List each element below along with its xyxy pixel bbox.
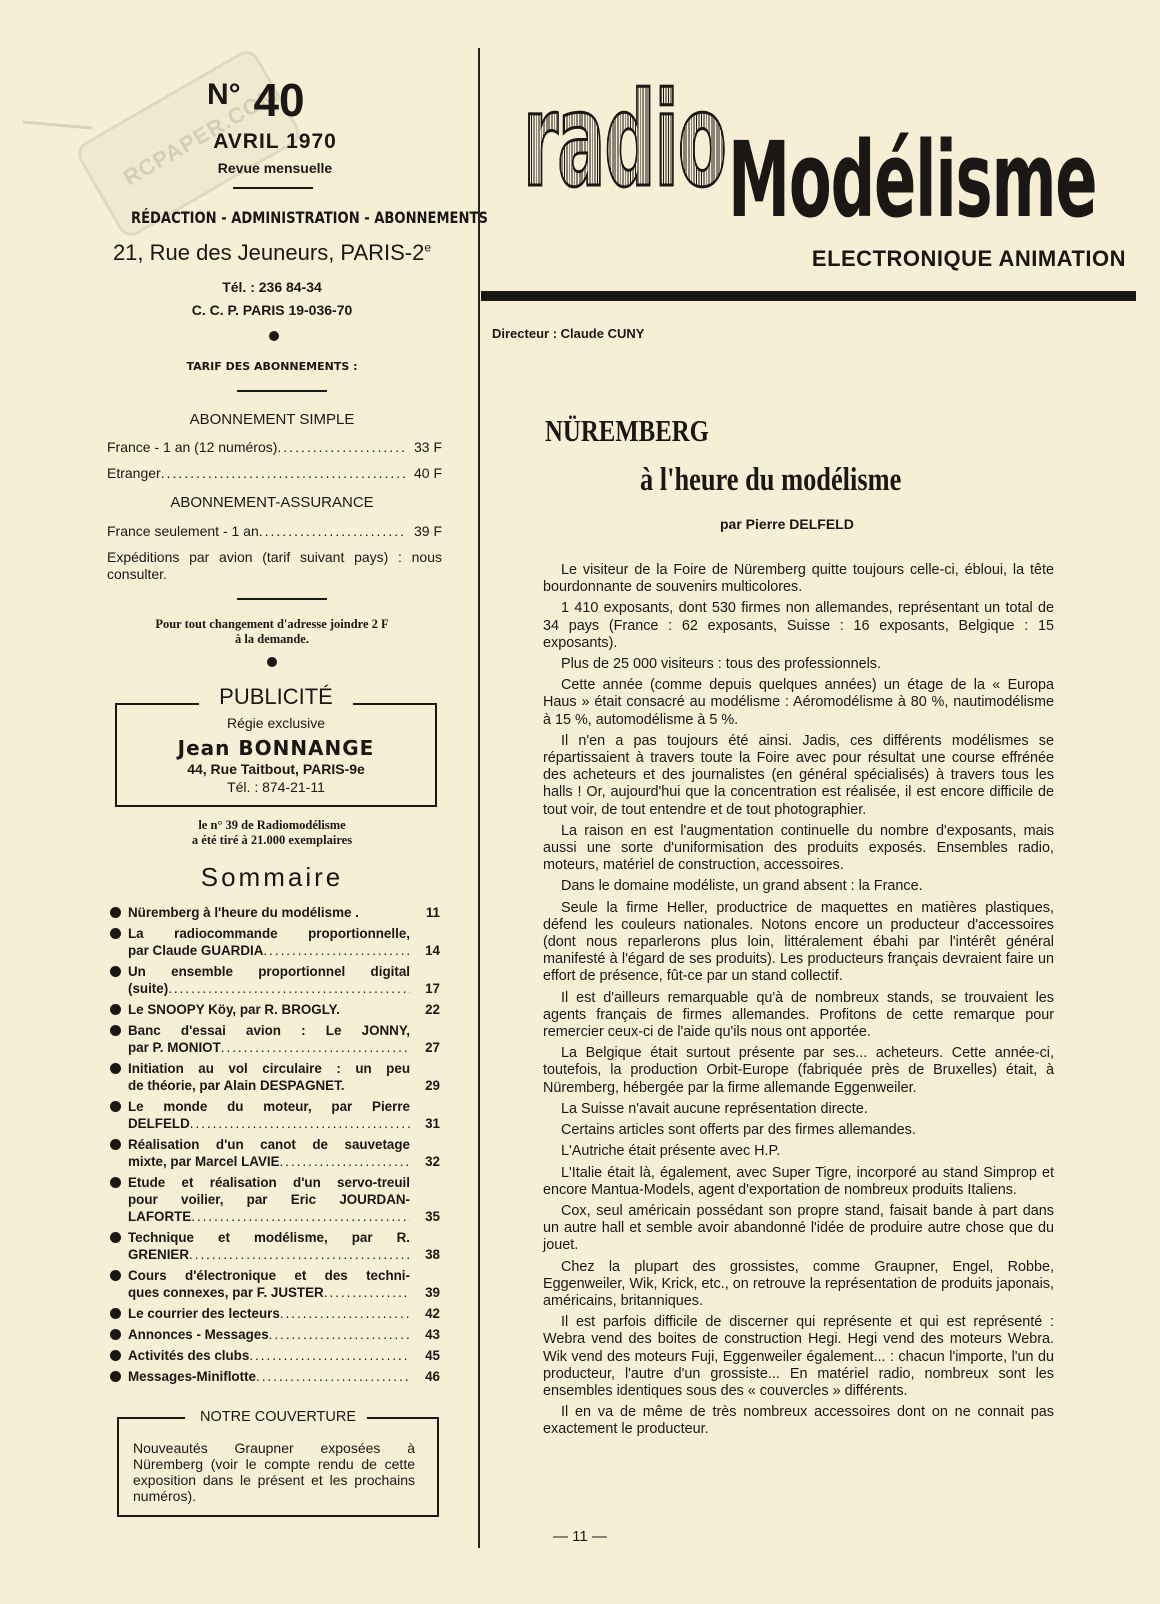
contents-item: Réalisation d'un canot de sauvetagemixte… — [108, 1136, 440, 1170]
antenna-icon — [23, 121, 93, 130]
airmail-note: Expéditions par avion (tarif suivant pay… — [107, 549, 442, 583]
contents-item-page: 46 — [410, 1368, 440, 1385]
contents-item-title: Technique et modélisme, par R. — [128, 1229, 440, 1246]
contents-item-page: 31 — [410, 1115, 440, 1132]
contents-item: Un ensemble proportionnel digital(suite)… — [108, 963, 440, 997]
contents-item-title: La radiocommande proportionnelle, — [128, 925, 440, 942]
contents-item: La radiocommande proportionnelle,par Cla… — [108, 925, 440, 959]
masthead-modelisme: Modélisme — [728, 120, 1160, 240]
page-number: — 11 — — [553, 1528, 607, 1545]
article-paragraph: Dans le domaine modéliste, un grand abse… — [543, 878, 1054, 895]
article-paragraph: Seule la firme Heller, productrice de ma… — [543, 900, 1054, 986]
admin-ccp: C. C. P. PARIS 19-036-70 — [100, 302, 444, 318]
price-row: France - 1 an (12 numéros) 33 F — [107, 439, 442, 455]
contents-item-title: Messages-Miniflotte — [128, 1368, 256, 1385]
divider — [233, 187, 313, 189]
article-paragraph: Il est d'ailleurs remarquable qu'à de no… — [543, 990, 1054, 1042]
address-sup: e — [424, 241, 431, 255]
article-subtitle: à l'heure du modélisme — [640, 462, 901, 499]
issue-frequency: Revue mensuelle — [200, 160, 350, 176]
contents-item-title: de théorie, par Alain DESPAGNET. — [128, 1077, 345, 1094]
contents-item-title: Initiation au vol circulaire : un peu — [128, 1060, 440, 1077]
cover-title: NOTRE COUVERTURE — [117, 1409, 439, 1425]
advertising-name: Jean BONNANGE — [115, 736, 437, 760]
issue-prefix: N° — [207, 78, 241, 111]
article-paragraph: La Belgique était surtout présente par s… — [543, 1045, 1054, 1097]
price-value: 40 F — [406, 465, 442, 481]
price-row: Etranger 40 F — [107, 465, 442, 481]
article-paragraph: La raison en est l'augmentation continue… — [543, 823, 1054, 875]
article-paragraph: Il en va de même de très nombreux access… — [543, 1404, 1054, 1438]
contents-item: Banc d'essai avion : Le JONNY,par P. MON… — [108, 1022, 440, 1056]
contents-item-title: Activités des clubs — [128, 1347, 249, 1364]
masthead-rule — [481, 291, 1136, 301]
contents-item-page: 17 — [410, 980, 440, 997]
article-body: Le visiteur de la Foire de Nüremberg qui… — [543, 562, 1054, 1443]
advertising-title: PUBLICITÉ — [115, 684, 437, 710]
magazine-page: RCPAPER.COM N° 40 AVRIL 1970 Revue mensu… — [0, 0, 1160, 1604]
contents-item-page: 38 — [410, 1246, 440, 1263]
article-paragraph: La Suisse n'avait aucune représentation … — [543, 1101, 1054, 1118]
contents-item: Le SNOOPY Köy, par R. BROGLY.22 — [108, 1001, 440, 1018]
contents-item-page: 45 — [410, 1347, 440, 1364]
bullet-dot — [269, 331, 279, 341]
contents-item-page: 35 — [410, 1208, 440, 1225]
contents-item-title: Le courrier des lecteurs — [128, 1305, 280, 1322]
director-credit: Directeur : Claude CUNY — [492, 326, 644, 341]
contents-item: Messages-Miniflotte 46 — [108, 1368, 440, 1385]
advertising-address: 44, Rue Taitbout, PARIS-9e — [115, 761, 437, 777]
column-divider — [478, 48, 480, 1548]
contents-item-title: Banc d'essai avion : Le JONNY, — [128, 1022, 440, 1039]
contents-item-title: GRENIER — [128, 1246, 189, 1263]
contents-item-page: 11 — [410, 904, 440, 921]
advertising-line: Régie exclusive — [115, 715, 437, 731]
contents-item-page: 32 — [410, 1153, 440, 1170]
contents-item-page: 42 — [410, 1305, 440, 1322]
contents-item-page: 27 — [410, 1039, 440, 1056]
contents-item-title: pour voilier, par Eric JOURDAN- — [128, 1191, 440, 1208]
assurance-heading: ABONNEMENT-ASSURANCE — [100, 494, 444, 511]
article-paragraph: Cette année (comme depuis quelques année… — [543, 677, 1054, 729]
address-change-line: Pour tout changement d'adresse joindre 2… — [100, 617, 444, 632]
contents-item: Activités des clubs 45 — [108, 1347, 440, 1364]
contents-item-title: mixte, par Marcel LAVIE — [128, 1153, 280, 1170]
issue-number-value: 40 — [253, 74, 304, 126]
contents-item-title: DELFELD — [128, 1115, 190, 1132]
contents-item-page: 22 — [410, 1001, 440, 1018]
article-title: NÜREMBERG — [545, 413, 709, 449]
article-paragraph: Certains articles sont offerts par des f… — [543, 1122, 1054, 1139]
article-paragraph: Il est parfois difficile de discerner qu… — [543, 1314, 1054, 1400]
advertising-phone: Tél. : 874-21-11 — [115, 779, 437, 795]
contents-item-title: Le SNOOPY Köy, par R. BROGLY. — [128, 1001, 340, 1018]
contents-item: Annonces - Messages 43 — [108, 1326, 440, 1343]
print-run-line: a été tiré à 21.000 exemplaires — [100, 833, 444, 848]
masthead-modelisme-text: Modélisme — [728, 120, 1096, 240]
address-change-note: Pour tout changement d'adresse joindre 2… — [100, 617, 444, 647]
admin-phone: Tél. : 236 84-34 — [100, 279, 444, 295]
contents-item-page: 43 — [410, 1326, 440, 1343]
contents-item-title: Réalisation d'un canot de sauvetage — [128, 1136, 440, 1153]
contents-item-title: Un ensemble proportionnel digital — [128, 963, 440, 980]
article-paragraph: Cox, seul américain possédant son propre… — [543, 1203, 1054, 1255]
price-label: France - 1 an (12 numéros) — [107, 439, 277, 455]
contents-item-title: par P. MONIOT — [128, 1039, 221, 1056]
article-paragraph: Le visiteur de la Foire de Nüremberg qui… — [543, 562, 1054, 596]
issue-number: N° 40 — [207, 70, 305, 125]
masthead-subtitle: ELECTRONIQUE ANIMATION — [726, 246, 1126, 272]
article-byline: par Pierre DELFELD — [720, 516, 854, 532]
admin-address: 21, Rue des Jeuneurs, PARIS-2e — [100, 240, 444, 266]
contents-item-page: 14 — [410, 942, 440, 959]
article-paragraph: Il n'en a pas toujours été ainsi. Jadis,… — [543, 733, 1054, 819]
contents-item: Le monde du moteur, par PierreDELFELD 31 — [108, 1098, 440, 1132]
divider — [237, 390, 327, 392]
article-paragraph: L'Italie était là, également, avec Super… — [543, 1165, 1054, 1199]
contents-item-page: 29 — [410, 1077, 440, 1094]
article-paragraph: L'Autriche était présente avec H.P. — [543, 1143, 1054, 1160]
contents-item-title: Nüremberg à l'heure du modélisme . — [128, 904, 359, 921]
divider — [237, 598, 327, 600]
contents-item: Nüremberg à l'heure du modélisme .11 — [108, 904, 440, 921]
contents-item: Cours d'électronique et des techni-ques … — [108, 1267, 440, 1301]
issue-date: AVRIL 1970 — [200, 130, 350, 154]
contents-item-title: Etude et réalisation d'un servo-treuil — [128, 1174, 440, 1191]
print-run-line: le n° 39 de Radiomodélisme — [100, 818, 444, 833]
contents-item-title: Annonces - Messages — [128, 1326, 269, 1343]
contents-item-title: (suite) — [128, 980, 168, 997]
address-change-line: à la demande. — [100, 632, 444, 647]
tarif-heading: TARIF DES ABONNEMENTS : — [100, 360, 444, 373]
contents-item: Technique et modélisme, par R.GRENIER 38 — [108, 1229, 440, 1263]
contents-item: Initiation au vol circulaire : un peude … — [108, 1060, 440, 1094]
admin-heading: RÉDACTION - ADMINISTRATION - ABONNEMENTS — [131, 208, 413, 227]
price-label: France seulement - 1 an — [107, 523, 259, 539]
table-of-contents: Nüremberg à l'heure du modélisme .11La r… — [108, 904, 440, 1389]
article-paragraph: Plus de 25 000 visiteurs : tous des prof… — [543, 656, 1054, 673]
contents-item-page: 39 — [410, 1284, 440, 1301]
masthead-radio-text: radio — [523, 80, 726, 200]
print-run-note: le n° 39 de Radiomodélisme a été tiré à … — [100, 818, 444, 848]
contents-item-title: LAFORTE — [128, 1208, 191, 1225]
price-value: 39 F — [406, 523, 442, 539]
address-text: 21, Rue des Jeuneurs, PARIS-2 — [113, 240, 424, 265]
contents-title: Sommaire — [100, 862, 444, 893]
article-paragraph: 1 410 exposants, dont 530 firmes non all… — [543, 600, 1054, 652]
price-row: France seulement - 1 an 39 F — [107, 523, 442, 539]
price-value: 33 F — [406, 439, 442, 455]
price-label: Etranger — [107, 465, 161, 481]
contents-item-title: Cours d'électronique et des techni- — [128, 1267, 440, 1284]
contents-item-title: par Claude GUARDIA — [128, 942, 263, 959]
contents-item: Etude et réalisation d'un servo-treuilpo… — [108, 1174, 440, 1225]
bullet-dot — [267, 657, 277, 667]
contents-item-title: ques connexes, par F. JUSTER — [128, 1284, 324, 1301]
article-paragraph: Chez la plupart des grossistes, comme Gr… — [543, 1259, 1054, 1311]
simple-heading: ABONNEMENT SIMPLE — [100, 411, 444, 428]
contents-item-title: Le monde du moteur, par Pierre — [128, 1098, 440, 1115]
contents-item: Le courrier des lecteurs 42 — [108, 1305, 440, 1322]
cover-text: Nouveautés Graupner exposées à Nüremberg… — [133, 1440, 415, 1504]
